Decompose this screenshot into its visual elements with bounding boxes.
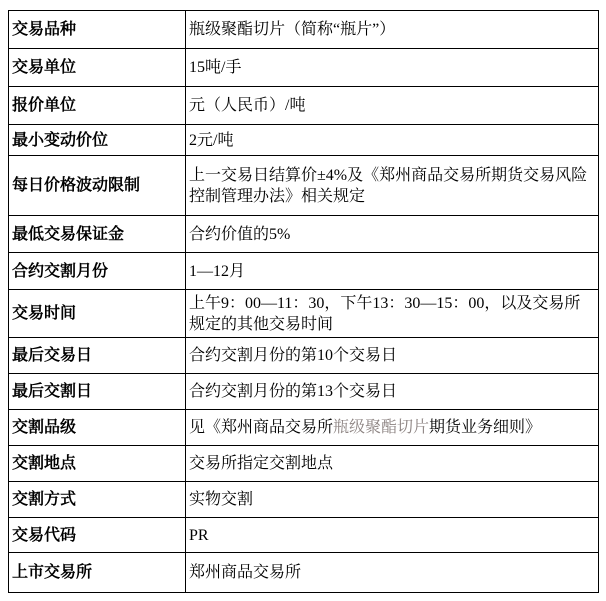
- row-label: 报价单位: [9, 87, 186, 125]
- row-value: 合约交割月份的第10个交易日: [186, 338, 599, 374]
- value-text: 合约交割月份的第13个交易日: [189, 383, 397, 400]
- value-text: 合约价值的5%: [189, 226, 290, 243]
- table-row: 最后交割日合约交割月份的第13个交易日: [9, 374, 599, 410]
- table-row: 交易代码PR: [9, 518, 599, 553]
- value-text: 元（人民币）/吨: [189, 97, 305, 114]
- table-row: 最小变动价位2元/吨: [9, 125, 599, 156]
- table-row: 报价单位元（人民币）/吨: [9, 87, 599, 125]
- row-value: 15吨/手: [186, 49, 599, 87]
- row-value: 2元/吨: [186, 125, 599, 156]
- value-text: 见《郑州商品交易所: [189, 419, 333, 436]
- table-row: 交割方式实物交割: [9, 482, 599, 518]
- row-label: 交易品种: [9, 11, 186, 49]
- futures-contract-spec-table: 交易品种瓶级聚酯切片（简称“瓶片”）交易单位15吨/手报价单位元（人民币）/吨最…: [8, 10, 599, 593]
- row-value: 交易所指定交割地点: [186, 446, 599, 482]
- document-page: 交易品种瓶级聚酯切片（简称“瓶片”）交易单位15吨/手报价单位元（人民币）/吨最…: [0, 0, 606, 601]
- row-label: 交易代码: [9, 518, 186, 553]
- value-text: 实物交割: [189, 491, 253, 508]
- table-row: 交割品级见《郑州商品交易所瓶级聚酯切片期货业务细则》: [9, 410, 599, 446]
- highlighted-term: 瓶级聚酯切片: [333, 419, 429, 436]
- row-label: 交割方式: [9, 482, 186, 518]
- row-value: 见《郑州商品交易所瓶级聚酯切片期货业务细则》: [186, 410, 599, 446]
- row-value: 实物交割: [186, 482, 599, 518]
- row-label: 交易单位: [9, 49, 186, 87]
- row-label: 最后交易日: [9, 338, 186, 374]
- row-value: 1—12月: [186, 253, 599, 290]
- table-row: 交易品种瓶级聚酯切片（简称“瓶片”）: [9, 11, 599, 49]
- value-text: 交易所指定交割地点: [189, 455, 333, 472]
- table-row: 最低交易保证金合约价值的5%: [9, 216, 599, 253]
- value-text: 合约交割月份的第10个交易日: [189, 347, 397, 364]
- row-label: 最小变动价位: [9, 125, 186, 156]
- value-text: 15吨/手: [189, 59, 241, 76]
- value-text: 2元/吨: [189, 132, 233, 149]
- row-label: 最后交割日: [9, 374, 186, 410]
- row-label: 最低交易保证金: [9, 216, 186, 253]
- row-value: 合约交割月份的第13个交易日: [186, 374, 599, 410]
- value-text: 瓶级聚酯切片（简称“瓶片”）: [189, 21, 395, 38]
- row-value: PR: [186, 518, 599, 553]
- contract-table-body: 交易品种瓶级聚酯切片（简称“瓶片”）交易单位15吨/手报价单位元（人民币）/吨最…: [9, 11, 599, 593]
- table-row: 交割地点交易所指定交割地点: [9, 446, 599, 482]
- value-text: PR: [189, 527, 209, 544]
- table-row: 交易单位15吨/手: [9, 49, 599, 87]
- row-label: 上市交易所: [9, 553, 186, 593]
- value-text: 郑州商品交易所: [189, 564, 301, 581]
- row-value: 合约价值的5%: [186, 216, 599, 253]
- row-value: 郑州商品交易所: [186, 553, 599, 593]
- value-text: 1—12月: [189, 263, 245, 280]
- row-label: 交割地点: [9, 446, 186, 482]
- row-label: 交割品级: [9, 410, 186, 446]
- value-text: 上午9：00—11：30，下午13：30—15：00，以及交易所规定的其他交易时…: [189, 295, 580, 333]
- value-text: 期货业务细则》: [429, 419, 541, 436]
- row-value: 上一交易日结算价±4%及《郑州商品交易所期货交易风险控制管理办法》相关规定: [186, 156, 599, 216]
- row-label: 交易时间: [9, 290, 186, 338]
- table-row: 交易时间上午9：00—11：30，下午13：30—15：00，以及交易所规定的其…: [9, 290, 599, 338]
- table-row: 合约交割月份1—12月: [9, 253, 599, 290]
- row-value: 上午9：00—11：30，下午13：30—15：00，以及交易所规定的其他交易时…: [186, 290, 599, 338]
- value-text: 上一交易日结算价±4%及《郑州商品交易所期货交易风险控制管理办法》相关规定: [189, 167, 587, 205]
- table-row: 最后交易日合约交割月份的第10个交易日: [9, 338, 599, 374]
- table-row: 上市交易所郑州商品交易所: [9, 553, 599, 593]
- table-row: 每日价格波动限制上一交易日结算价±4%及《郑州商品交易所期货交易风险控制管理办法…: [9, 156, 599, 216]
- row-label: 每日价格波动限制: [9, 156, 186, 216]
- row-value: 元（人民币）/吨: [186, 87, 599, 125]
- row-value: 瓶级聚酯切片（简称“瓶片”）: [186, 11, 599, 49]
- row-label: 合约交割月份: [9, 253, 186, 290]
